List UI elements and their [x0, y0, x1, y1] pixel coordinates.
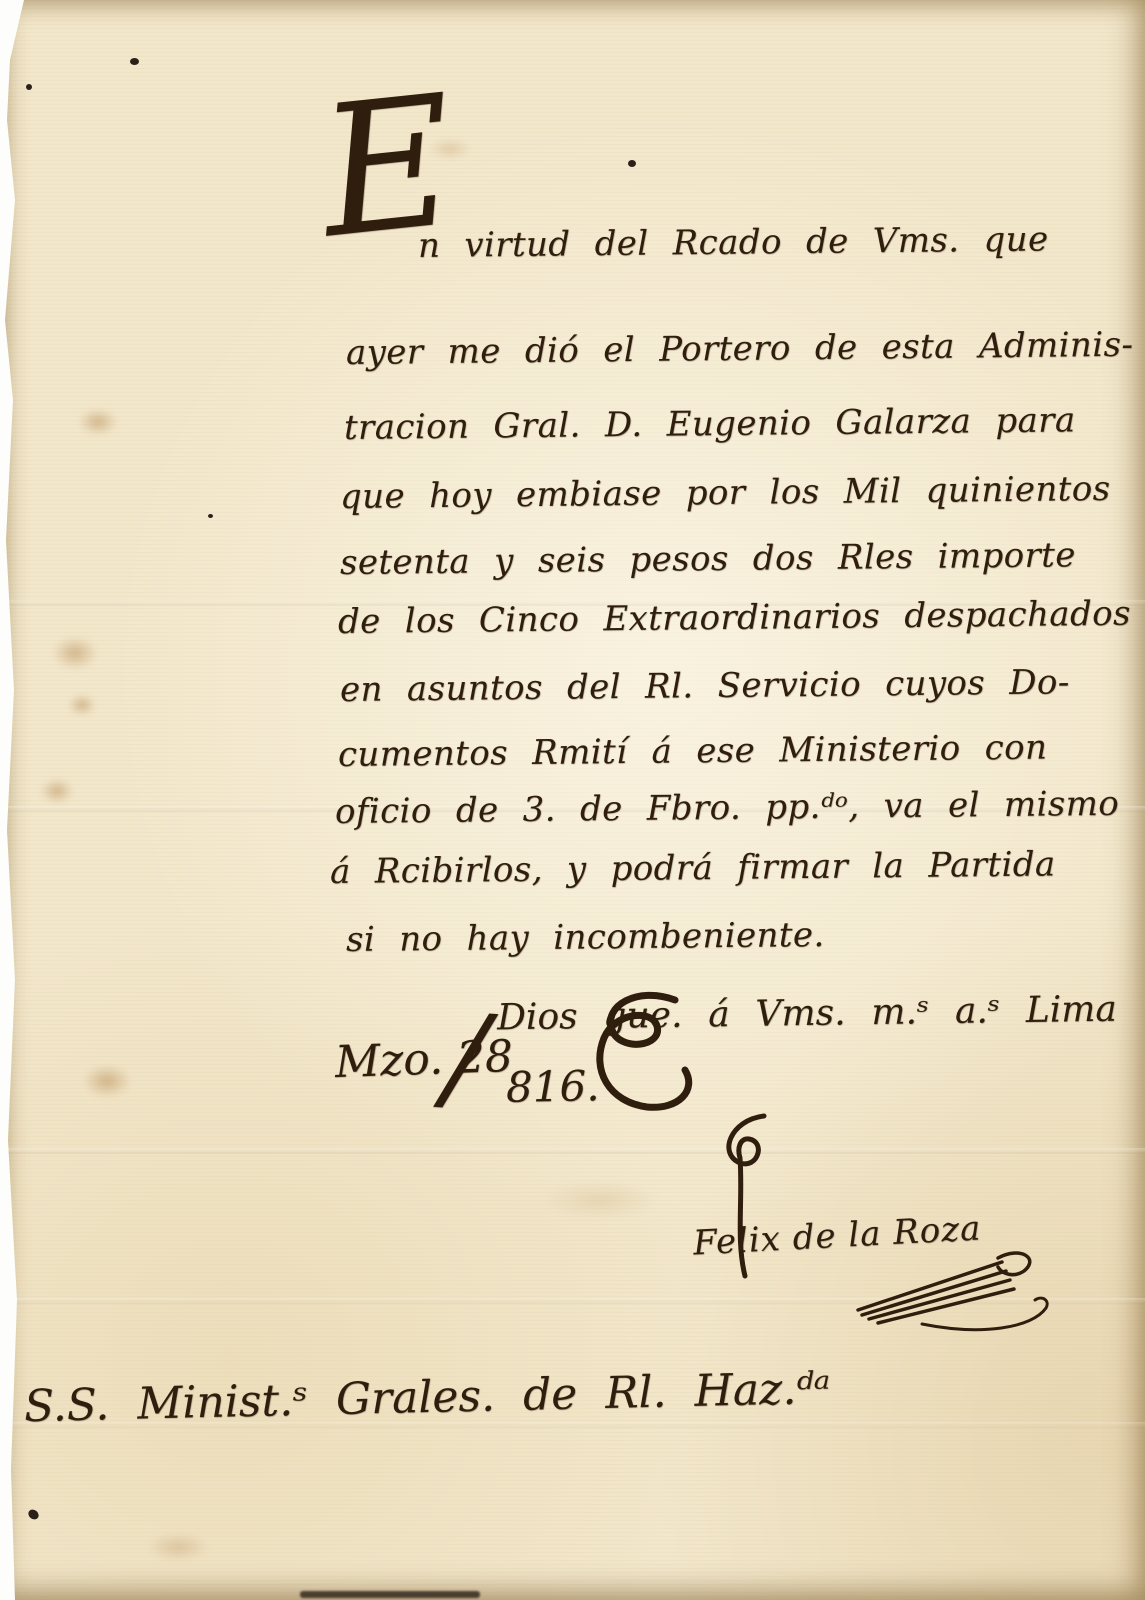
signature: Felix de la Roza [692, 1208, 982, 1263]
manuscript-line: tracion Gral. D. Eugenio Galarza para [344, 400, 1076, 448]
ink-speck [208, 514, 213, 518]
ink-speck [628, 160, 636, 167]
fold-crease [0, 1298, 1145, 1304]
manuscript-line: á Rcibirlos, y podrá firmar la Partida [330, 844, 1056, 892]
stain [146, 1532, 210, 1562]
manuscript-line: cumentos Rmití á ese Ministerio con [338, 728, 1048, 776]
manuscript-line: oficio de 3. de Fbro. pp.ᵈᵒ, va el mismo [335, 784, 1120, 833]
ink-speck [130, 58, 139, 65]
valediction-line: Dios gue. á Vms. m.ˢ a.ˢ Lima [497, 989, 1117, 1039]
edge-shadow [300, 1591, 480, 1598]
stain [540, 1180, 660, 1220]
date-separator: / [442, 997, 490, 1117]
manuscript-page: E n virtud del Rcado de Vms. que ayer me… [0, 0, 1145, 1600]
stain [52, 636, 98, 670]
fold-crease [0, 1148, 1145, 1154]
scanned-manuscript: { "colors": { "paper": "#f2e7cb", "ink":… [0, 0, 1145, 1600]
manuscript-line: si no hay incombeniente. [346, 915, 825, 961]
stain [82, 1064, 132, 1098]
address-line: S.S. Minist.ˢ Grales. de Rl. Haz.ᵈᵃ [24, 1363, 831, 1432]
date-year: 816. [506, 1061, 600, 1112]
stain [40, 778, 74, 804]
stain [68, 694, 96, 716]
manuscript-line: que hoy embiase por los Mil quinientos [340, 469, 1111, 518]
manuscript-line: n virtud del Rcado de Vms. que [418, 219, 1049, 266]
manuscript-line: en asuntos del Rl. Servicio cuyos Do- [340, 662, 1070, 710]
manuscript-line: setenta y seis pesos dos Rles importe [340, 535, 1076, 584]
manuscript-line: ayer me dió el Portero de esta Adminis- [346, 325, 1134, 374]
stain [78, 408, 118, 436]
ink-speck [26, 84, 32, 90]
manuscript-line: de los Cinco Extraordinarios despachados [338, 594, 1131, 643]
ink-speck [26, 1508, 40, 1522]
